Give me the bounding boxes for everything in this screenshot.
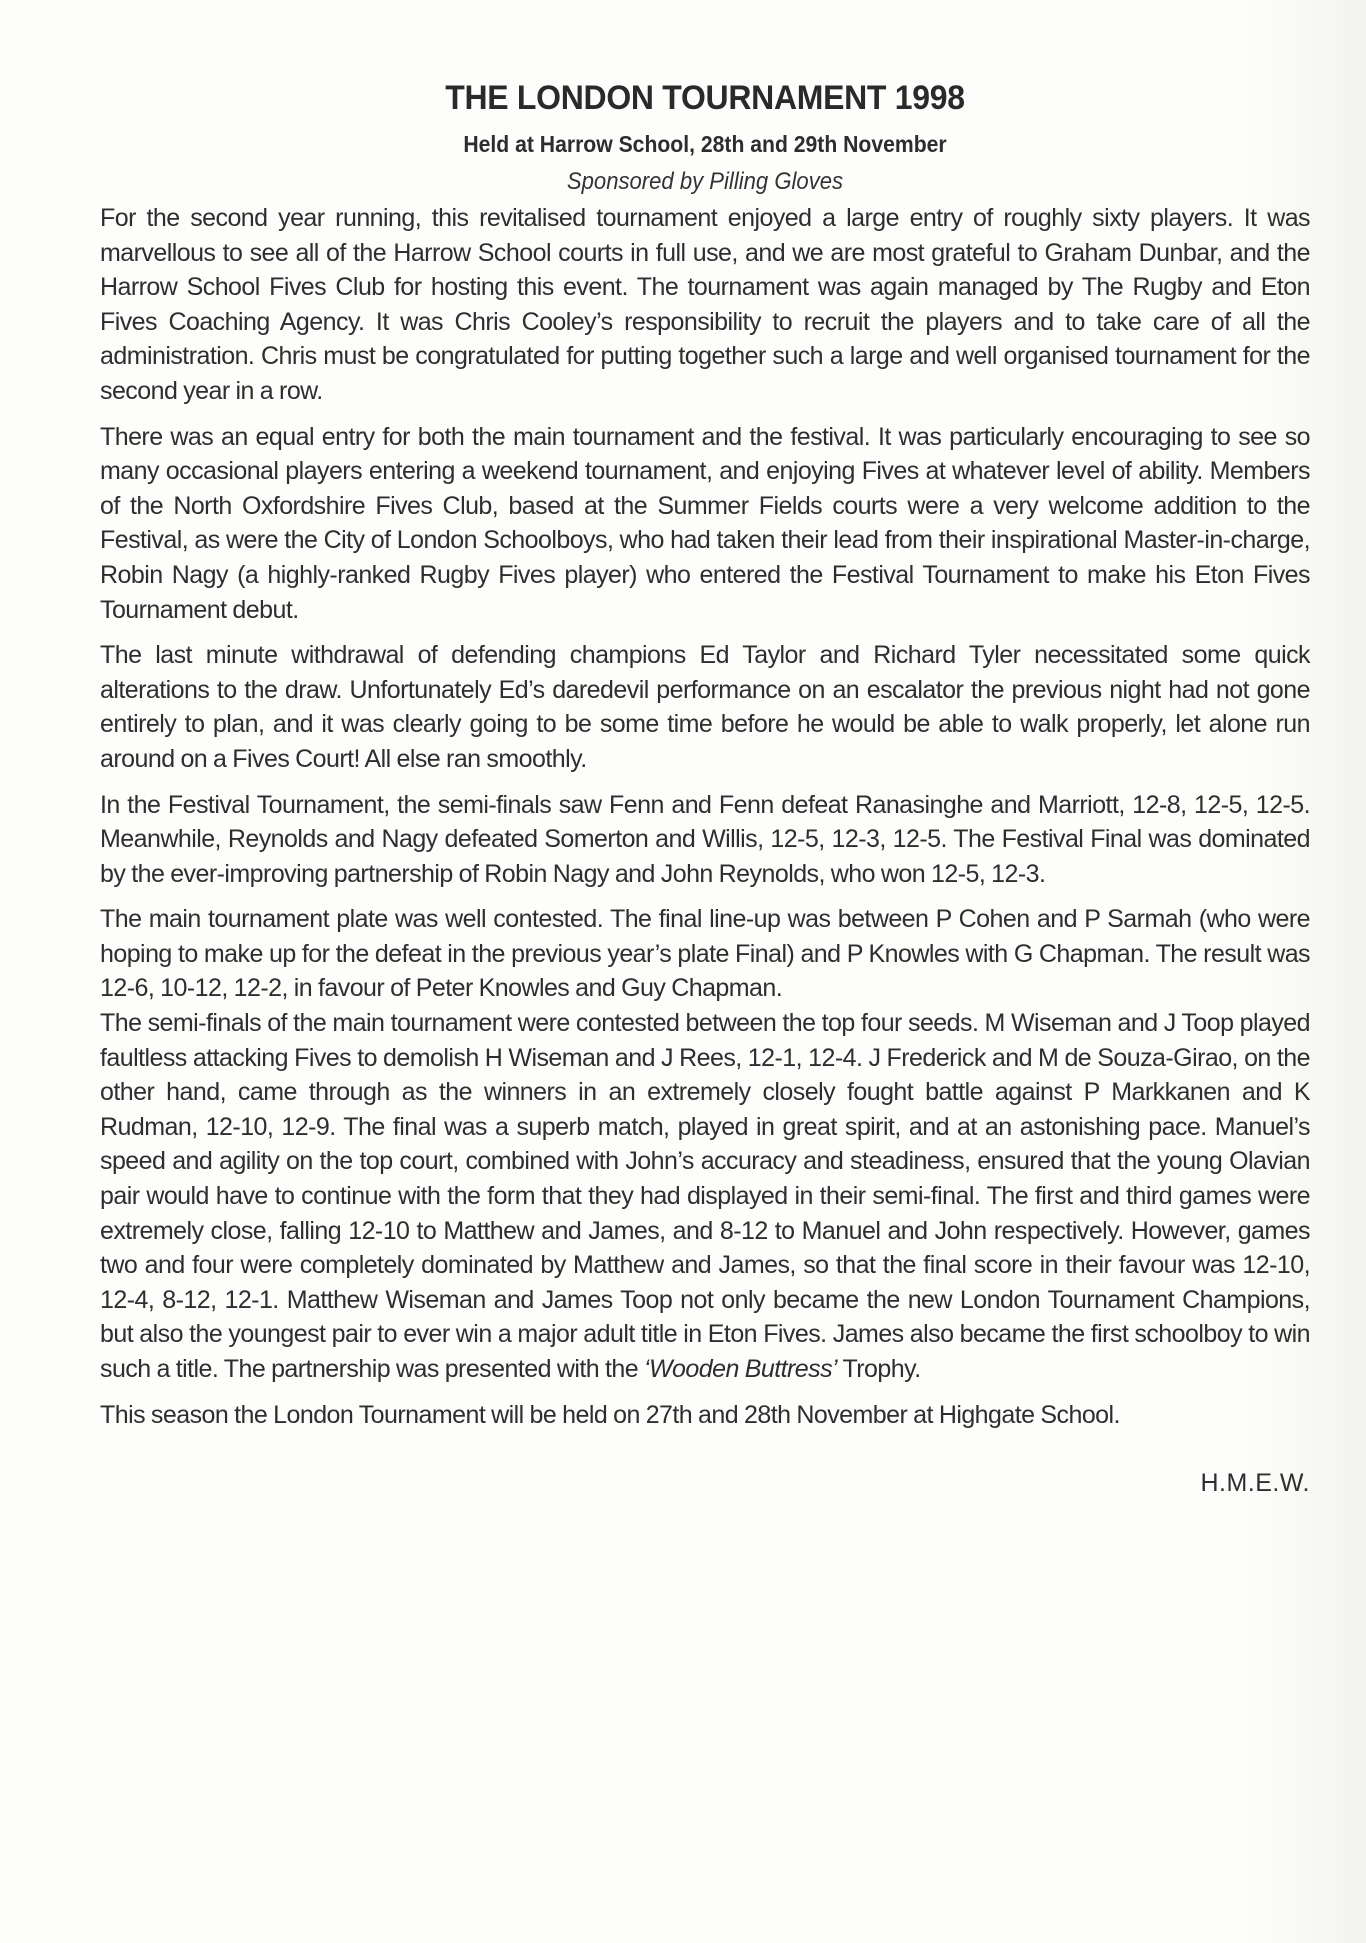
article-subtitle: Held at Harrow School, 28th and 29th Nov… bbox=[148, 129, 1261, 159]
paragraph-plate: The main tournament plate was well conte… bbox=[100, 902, 1310, 1006]
author-signature: H.M.E.W. bbox=[100, 1466, 1310, 1500]
main-tournament-text-end: Trophy. bbox=[837, 1355, 921, 1383]
paragraph-entry: There was an equal entry for both the ma… bbox=[100, 420, 1310, 628]
paragraph-withdrawal: The last minute withdrawal of defending … bbox=[100, 638, 1310, 776]
paragraph-next-season: This season the London Tournament will b… bbox=[100, 1398, 1310, 1433]
paragraph-festival: In the Festival Tournament, the semi-fin… bbox=[100, 788, 1310, 892]
main-tournament-text: The semi-finals of the main tournament w… bbox=[100, 1009, 1310, 1383]
article: THE LONDON TOURNAMENT 1998 Held at Harro… bbox=[100, 78, 1310, 1500]
article-body: For the second year running, this revita… bbox=[100, 201, 1310, 1432]
paragraph-main-tournament: The semi-finals of the main tournament w… bbox=[100, 1006, 1310, 1387]
trophy-name: ‘Wooden Buttress’ bbox=[644, 1355, 837, 1383]
paragraph-intro: For the second year running, this revita… bbox=[100, 201, 1310, 409]
sponsor-line: Sponsored by Pilling Gloves bbox=[148, 167, 1261, 197]
article-title: THE LONDON TOURNAMENT 1998 bbox=[136, 78, 1273, 118]
